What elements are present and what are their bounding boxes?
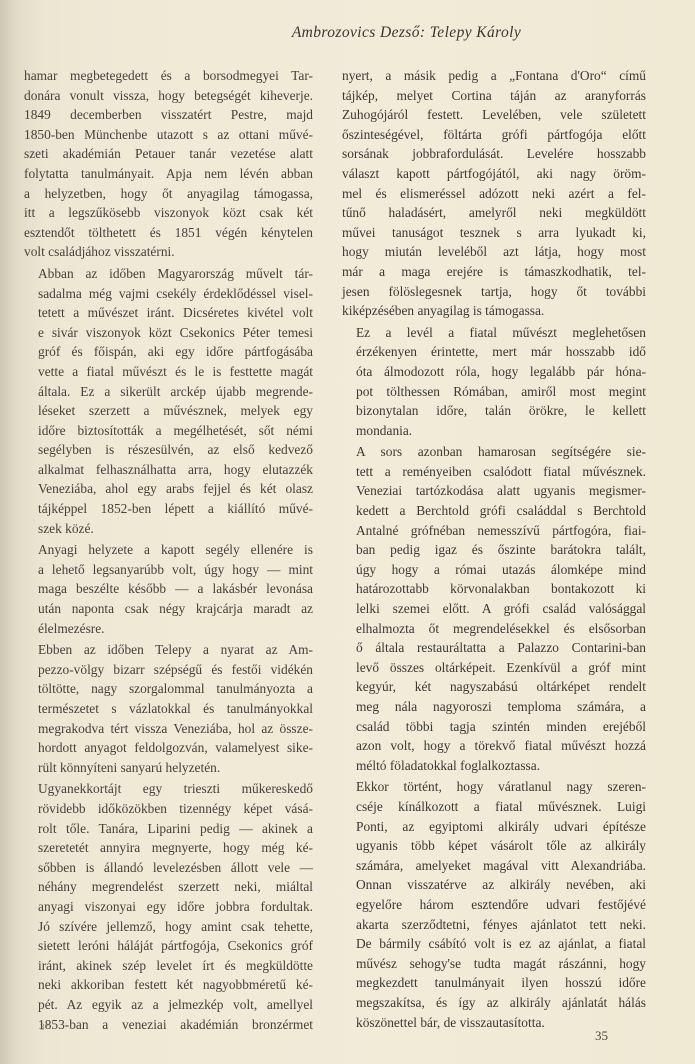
text-line: rövidebb időközökben tizennégy képet vás… <box>24 799 313 819</box>
right-column: nyert, a másik pedig a „Fontana d'Oro“ c… <box>342 66 646 1032</box>
text-line: tetett a művészet iránt. Dicséretes kivé… <box>24 303 313 323</box>
text-line: Antalné grófnéban nemesszívű pártfogóra,… <box>342 521 646 541</box>
text-line: kiképzésében anyagilag is támogassa. <box>342 301 646 321</box>
paragraph: nyert, a másik pedig a „Fontana d'Oro“ c… <box>342 66 646 321</box>
paragraph: Ekkor történt, hogy váratlanul nagy szer… <box>342 777 646 1032</box>
text-line: szeretetét annyira megnyerte, hogy még k… <box>24 838 313 858</box>
text-line: Ebben az időben Telepy a nyarat az Am- <box>24 640 313 660</box>
text-line: úgy hogy a római utazás álomképe mind <box>342 560 646 580</box>
text-line: hogy miután leveléből azt látja, hogy mo… <box>342 242 646 262</box>
text-line: elhalmozta őt megrendelésekkel és elsőso… <box>342 619 646 639</box>
text-line: mondania. <box>342 421 646 441</box>
text-line: volt családjához visszatérni. <box>24 242 313 262</box>
text-line: Jó szívére jellemző, hogy amint csak teh… <box>24 917 313 937</box>
text-line: alkalmat felhasználhatta arra, hogy elut… <box>24 460 313 480</box>
text-line: Zuhogójáról festett. Levelében, vele szü… <box>342 105 646 125</box>
text-line: tájképpel 1852-ben lépett a kiállító műv… <box>24 499 313 519</box>
text-line: Ez a levél a fiatal művészt meglehetősen <box>342 323 646 343</box>
text-line: Onnan visszatérve az alkirály nevében, a… <box>342 875 646 895</box>
paragraph: hamar megbetegedett és a borsodmegyei Ta… <box>24 66 313 262</box>
text-line: természetet s vázlatokkal és tanulmányok… <box>24 699 313 719</box>
text-line: egyelőre három esztendőre udvari festőjé… <box>342 895 646 915</box>
text-line: akarta szerződtetni, fényes ajánlatot te… <box>342 915 646 935</box>
text-line: után naponta csak négy krajcárja maradt … <box>24 599 313 619</box>
text-line: művei tanuságot tesznek s arra lyukadt k… <box>342 223 646 243</box>
text-line: általa. Ez a sikerült arckép újabb megre… <box>24 382 313 402</box>
text-line: ő általa restauráltatta a Palazzo Contar… <box>342 638 646 658</box>
text-line: sorsának jobbrafordulását. Levelére hoss… <box>342 144 646 164</box>
text-line: határozottabb körvonalakban bontakozott … <box>342 579 646 599</box>
text-line: töltötte, nagy szorgalommal tanulmányozt… <box>24 679 313 699</box>
text-line: 1849 decemberben visszatért Pestre, majd <box>24 105 313 125</box>
text-line: vette a fiatal művészt és le is festtett… <box>24 362 313 382</box>
text-line: érzékenyen érintette, mert már hosszabb … <box>342 342 646 362</box>
text-line: hamar megbetegedett és a borsodmegyei Ta… <box>24 66 313 86</box>
text-line: azon volt, hogy a törekvő fiatal művészt… <box>342 736 646 756</box>
text-line: neki akkoriban festett két nagyobbméretű… <box>24 975 313 995</box>
text-line: szeti akadémián Petauer tanár vezetése a… <box>24 144 313 164</box>
text-line: már a maga erejére is támaszkodhatik, te… <box>342 262 646 282</box>
text-line: A sors azonban hamarosan segítségére sie… <box>342 442 646 462</box>
text-line: sőbben is állandó levelezésben állott ve… <box>24 858 313 878</box>
text-line: tájkép, melyet Cortina táján az aranyfor… <box>342 86 646 106</box>
text-line: méltó föladatokkal foglalkoztassa. <box>342 756 646 776</box>
page-number: 35 <box>595 1028 608 1044</box>
text-line: óta álmodozott róla, hogy legalább pár h… <box>342 362 646 382</box>
text-line: gróf és főispán, aki egy időre pártfogás… <box>24 342 313 362</box>
text-line: család többi tagja szintén minden erejéb… <box>342 717 646 737</box>
text-line: jesen fölöslegesnek tartja, hogy őt tová… <box>342 282 646 302</box>
paragraph: A sors azonban hamarosan segítségére sie… <box>342 442 646 775</box>
text-line: itt a legszűkösebb viszonyok közt csak k… <box>24 203 313 223</box>
text-line: lelki szemei előtt. A grófi család valós… <box>342 599 646 619</box>
text-line: sadalma még vajmi csekély érdeklődéssel … <box>24 284 313 304</box>
text-line: szek közé. <box>24 519 313 539</box>
paragraph: Ez a levél a fiatal művészt meglehetősen… <box>342 323 646 441</box>
text-line: pezzo-völgy bizarr szépségű és festői vi… <box>24 660 313 680</box>
text-line: maga beszélte később — a lakásbér levoná… <box>24 579 313 599</box>
text-line: pét. Az egyik az a jelmezkép volt, amell… <box>24 995 313 1015</box>
text-line: időre biztosították a megélhetését, sőt … <box>24 421 313 441</box>
text-line: megrakodva tért vissza Veneziába, hol az… <box>24 719 313 739</box>
text-line: kedett a Berchtold grófi családdal s Ber… <box>342 501 646 521</box>
text-line: 1850-ben Münchenbe utazott s az ottani m… <box>24 125 313 145</box>
text-line: Veneziai tartózkodása alatt ugyanis megi… <box>342 481 646 501</box>
text-line: rült könnyíteni sanyarú helyzetén. <box>24 758 313 778</box>
text-line: iránt, akinek szép levelet írt és megkül… <box>24 956 313 976</box>
text-line: bizonytalan időre, talán örökre, le kell… <box>342 401 646 421</box>
text-line: Abban az időben Magyarország művelt tár- <box>24 264 313 284</box>
text-line: tett a reményeiben csalódott fiatal művé… <box>342 462 646 482</box>
text-line: Ponti, az egyiptomi alkirály udvari épít… <box>342 817 646 837</box>
text-line: a lehető legsanyarúbb volt, úgy hogy — m… <box>24 560 313 580</box>
text-line: néhány megrendelést szerzett neki, miált… <box>24 877 313 897</box>
text-line: tűnő haladásért, amelyről neki megküldöt… <box>342 203 646 223</box>
text-line: Veneziába, ahol egy arabs fejjel és két … <box>24 479 313 499</box>
text-line: élelmezésre. <box>24 619 313 639</box>
text-line: folytatta tanulmányait. Apja nem lévén a… <box>24 164 313 184</box>
text-line: nyert, a másik pedig a „Fontana d'Oro“ c… <box>342 66 646 86</box>
text-line: De bármily csábító volt is ez az ajánlat… <box>342 934 646 954</box>
text-line: ugyanis több képet vásárolt tőle az alki… <box>342 836 646 856</box>
running-header: Ambrozovics Dezső: Telepy Károly <box>0 24 695 42</box>
left-column: hamar megbetegedett és a borsodmegyei Ta… <box>24 66 313 1034</box>
printer-signature-mark: 3* <box>40 1022 49 1032</box>
text-line: sietett leróni háláját pártfogója, Cseko… <box>24 936 313 956</box>
text-line: donára vonult vissza, hogy betegségét ki… <box>24 86 313 106</box>
text-line: választ kapott pártfogójától, aki nagy ö… <box>342 164 646 184</box>
paragraph: Abban az időben Magyarország művelt tár-… <box>24 264 313 538</box>
text-line: léseket szerzett a művésznek, melyek egy <box>24 401 313 421</box>
text-line: Ekkor történt, hogy váratlanul nagy szer… <box>342 777 646 797</box>
text-line: a helyzetben, hogy őt anyagilag támogass… <box>24 184 313 204</box>
text-line: anyagi viszonyai egy időre jobbra fordul… <box>24 897 313 917</box>
text-line: pot tölthessen Rómában, amiről most megi… <box>342 382 646 402</box>
text-line: segélyben is részesülvén, az első kedvez… <box>24 440 313 460</box>
text-line: meg nála nagyoroszi temploma számára, a <box>342 697 646 717</box>
text-line: művész sehogy'se tudta magát rászánni, h… <box>342 954 646 974</box>
text-line: számára, amelyeket magával vitt Alexandr… <box>342 856 646 876</box>
text-line: megkezdett tanulmányait ilyen hosszú idő… <box>342 973 646 993</box>
text-line: ban pedig igaz és őszinte barátokra talá… <box>342 540 646 560</box>
text-line: esztendőt tölthetett és 1851 végén kényt… <box>24 223 313 243</box>
text-line: Ugyanekkortájt egy trieszti műkereskedő <box>24 779 313 799</box>
text-line: Anyagi helyzete a kapott segély ellenére… <box>24 540 313 560</box>
text-line: e sivár viszonyok közt Csekonics Péter t… <box>24 323 313 343</box>
text-line: mel és elismeréssel adózott neki azért a… <box>342 184 646 204</box>
text-line: kegyúr, két nagyszabású oltárképet rende… <box>342 677 646 697</box>
paragraph: Anyagi helyzete a kapott segély ellenére… <box>24 540 313 638</box>
text-line: 1853-ban a veneziai akadémián bronzérmet <box>24 1015 313 1035</box>
paragraph: Ebben az időben Telepy a nyarat az Am-pe… <box>24 640 313 777</box>
text-line: cséje kínálkozott a fiatal művésznek. Lu… <box>342 797 646 817</box>
text-line: megszakítsa, és így az alkirály ajánlatá… <box>342 993 646 1013</box>
text-line: őszinteségével, föltárta grófi pártfogój… <box>342 125 646 145</box>
text-line: levő összes oltárképeit. Ezenkívül a gró… <box>342 658 646 678</box>
text-line: rolt tőle. Tanára, Liparini pedig — akin… <box>24 819 313 839</box>
text-line: hordott anyagot feldolgozván, valamelyes… <box>24 738 313 758</box>
paragraph: Ugyanekkortájt egy trieszti műkereskedőr… <box>24 779 313 1034</box>
